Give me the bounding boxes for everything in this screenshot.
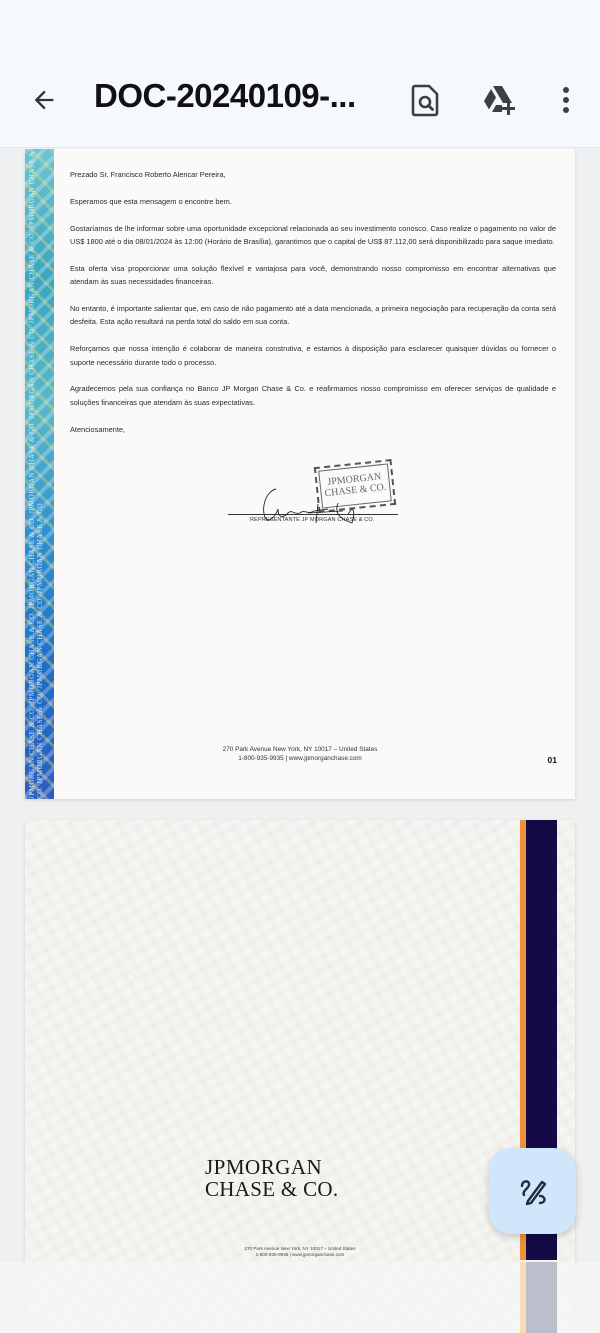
- annotate-fab-button[interactable]: [489, 1148, 576, 1234]
- security-hologram-strip: JPMORGAN CHASE & CO. JPMORGAN CHASE & CO…: [25, 149, 54, 799]
- letter-closing: Atenciosamente,: [70, 423, 556, 436]
- document-title: DOC-20240109-...: [94, 77, 356, 115]
- drive-add-icon: [482, 84, 518, 116]
- back-button[interactable]: [26, 82, 62, 118]
- signature-block: JPMORGAN CHASE & CO. REPRESENTANTE JP MO…: [228, 459, 408, 529]
- letter-paragraph: Agradecemos pela sua confiança no Banco …: [70, 382, 556, 409]
- hologram-watermark-text: JPMORGAN CHASE & CO. JPMORGAN CHASE & CO…: [28, 149, 52, 799]
- status-bar: [0, 0, 600, 60]
- arrow-back-icon: [30, 86, 58, 114]
- company-logo: JPMORGAN CHASE & CO.: [205, 1156, 338, 1200]
- more-options-button[interactable]: [546, 80, 586, 120]
- app-bar: DOC-20240109-...: [0, 60, 600, 148]
- page-number: 01: [548, 755, 557, 765]
- footer-contact: 1-800-935-9935 | www.jpmorganchase.com: [25, 1252, 575, 1258]
- letter-paragraph: Esperamos que esta mensagem o encontre b…: [70, 195, 556, 208]
- document-page-2: JPMORGAN CHASE & CO. 270 Park Avenue New…: [25, 820, 575, 1333]
- footer-address: 270 Park Avenue New York, NY 10017 – Uni…: [25, 745, 575, 754]
- letter-body: Prezado Sr. Francisco Roberto Alencar Pe…: [70, 168, 556, 449]
- logo-line-2: CHASE & CO.: [205, 1178, 338, 1200]
- letter-paragraph: Reforçamos que nossa intenção é colabora…: [70, 342, 556, 369]
- accent-bars-under-scrim: [520, 1262, 557, 1333]
- logo-line-1: JPMORGAN: [205, 1156, 338, 1178]
- page-footer: 270 Park Avenue New York, NY 10017 – Uni…: [25, 1246, 575, 1258]
- add-to-drive-button[interactable]: [480, 80, 520, 120]
- footer-contact: 1-800-935-9935 | www.jpmorganchase.com: [25, 754, 575, 763]
- document-search-icon: [411, 83, 441, 117]
- page-footer: 270 Park Avenue New York, NY 10017 – Uni…: [25, 745, 575, 763]
- letter-greeting: Prezado Sr. Francisco Roberto Alencar Pe…: [70, 168, 556, 181]
- signature-label: REPRESENTANTE JP MORGAN CHASE & CO.: [250, 517, 375, 523]
- edit-annotate-icon: [516, 1174, 550, 1208]
- letter-paragraph: Gostaríamos de lhe informar sobre uma op…: [70, 222, 556, 249]
- signature-line: [228, 514, 398, 515]
- navigation-bar-scrim: [0, 1262, 600, 1333]
- letter-paragraph: No entanto, é importante salientar que, …: [70, 302, 556, 329]
- document-page-1: JPMORGAN CHASE & CO. JPMORGAN CHASE & CO…: [25, 149, 575, 799]
- find-in-document-button[interactable]: [406, 80, 446, 120]
- letter-paragraph: Esta oferta visa proporcionar uma soluçã…: [70, 262, 556, 289]
- more-vert-icon: [560, 86, 572, 114]
